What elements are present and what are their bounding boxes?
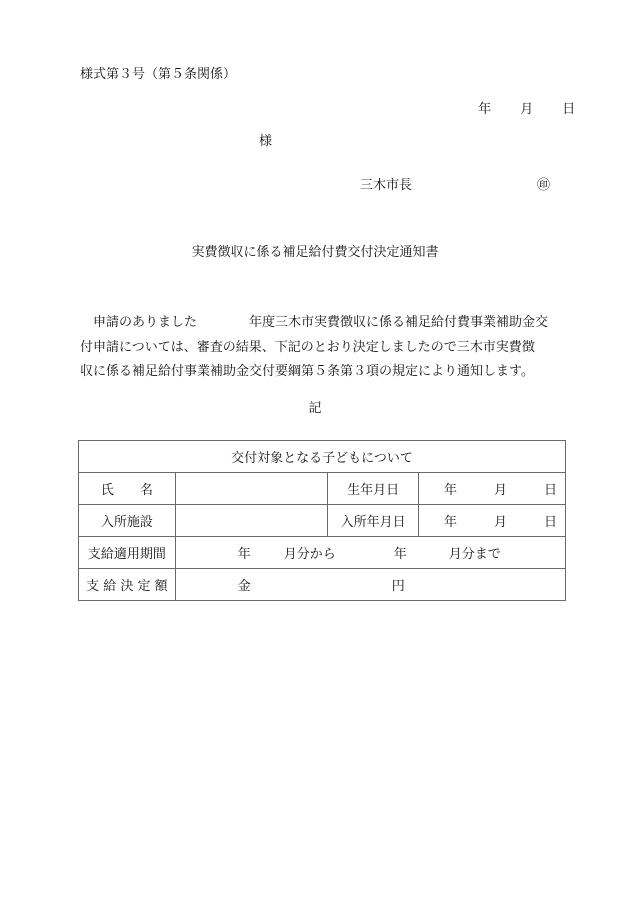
table-header-row: 交付対象となる子どもについて (79, 441, 566, 473)
admission-date-label: 入所年月日 (328, 505, 419, 537)
table-row: 氏 名 生年月日 年月日 (79, 473, 566, 505)
document-title: 実費徴収に係る補足給付費交付決定通知書 (0, 246, 630, 259)
period-field[interactable]: 年月分から年月分まで (175, 537, 565, 569)
amount-prefix: 金 (238, 575, 392, 594)
birthdate-field[interactable]: 年月日 (419, 473, 566, 505)
issue-date: 年月日 (470, 90, 575, 116)
table-row: 支給適用期間 年月分から年月分まで (79, 537, 566, 569)
month-unit: 月 (494, 511, 544, 530)
to-year-unit: 年 (394, 543, 449, 562)
month-unit: 月 (494, 479, 544, 498)
form-number: 様式第３号（第５条関係） (80, 68, 236, 81)
facility-label: 入所施設 (79, 505, 176, 537)
to-month-unit: 月分まで (449, 547, 501, 562)
from-year-unit: 年 (238, 543, 284, 562)
body-paragraph: 申請のありました 年度三木市実費徴収に係る補足給付費事業補助金交付申請については… (80, 311, 570, 385)
table-header: 交付対象となる子どもについて (79, 441, 566, 473)
admission-date-field[interactable]: 年月日 (419, 505, 566, 537)
date-year: 年 (478, 103, 520, 116)
amount-field[interactable]: 金円 (175, 569, 565, 601)
facility-field[interactable] (175, 505, 328, 537)
body-line: 申請のありました 年度三木市実費徴収に係る補足給付費事業補助金交 (80, 311, 570, 336)
amount-suffix: 円 (392, 579, 405, 594)
name-field[interactable] (175, 473, 328, 505)
from-month-unit: 月分から (284, 543, 394, 562)
table-row: 入所施設 入所年月日 年月日 (79, 505, 566, 537)
day-unit: 日 (544, 511, 557, 530)
ki-heading: 記 (0, 402, 630, 415)
day-unit: 日 (544, 479, 557, 498)
period-label: 支給適用期間 (79, 537, 176, 569)
date-month: 月 (520, 103, 562, 116)
date-day: 日 (562, 103, 575, 116)
body-line: 収に係る補足給付事業補助金交付要綱第５条第３項の規定により通知します。 (80, 360, 570, 385)
child-info-table: 交付対象となる子どもについて 氏 名 生年月日 年月日 入所施設 入所年月日 年… (78, 440, 566, 601)
name-label: 氏 名 (79, 473, 176, 505)
table-row: 支 給 決 定 額 金円 (79, 569, 566, 601)
issuer-name: 三木市長 (360, 179, 412, 192)
body-line: 付申請については、審査の結果、下記のとおり決定しましたので三木市実費徴 (80, 336, 570, 361)
amount-label: 支 給 決 定 額 (79, 569, 176, 601)
birthdate-label: 生年月日 (328, 473, 419, 505)
seal-icon: ㊞ (537, 179, 550, 192)
year-unit: 年 (444, 479, 494, 498)
addressee-suffix: 様 (259, 135, 272, 148)
year-unit: 年 (444, 511, 494, 530)
